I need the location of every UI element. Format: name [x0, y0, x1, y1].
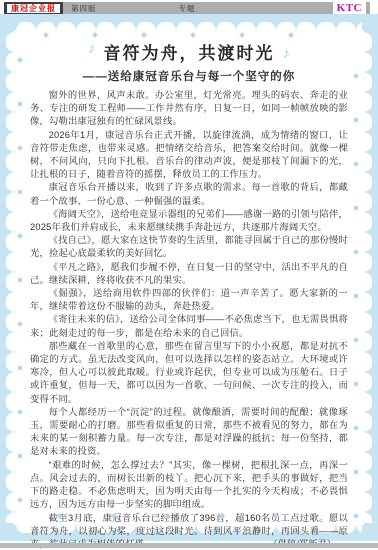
article-paragraph: 窗外的世界，风声未敢。办公室里，灯光常亮。埋头的码农、奔走的业务、专注的研发工程…	[30, 89, 348, 129]
article-paragraph: “艰难的时候，怎么撑过去？”其实，像一棵树，把根扎深一点，再深一点。风会过去的，…	[30, 459, 348, 512]
article-paragraph: 2026年1月，康冠音乐台正式开播，以旋律流淌，成为情绪的窗口，让音符带走焦虑，…	[30, 129, 348, 182]
footer-bar	[0, 543, 378, 548]
article-subtitle: ——送给康冠音乐台与每一个坚守的你	[30, 68, 348, 84]
masthead: 康冠企业报 第四版 专题 KTC	[4, 2, 370, 14]
music-note-icon: ♪	[283, 46, 291, 61]
article-paragraph: 康冠音乐台开播以来，收到了许多点歌的需求。每一首歌的背后，都藏着一个故事、一份心…	[30, 181, 348, 207]
article-paragraph: 《海阔天空》，送给电竞显示器组的兄弟们——感谢一路的引领与陪伴，2025年我们并…	[30, 208, 348, 234]
article-title: 音符为舟，共渡时光	[104, 39, 275, 64]
ktc-logo: KTC	[337, 2, 362, 14]
article-body: 窗外的世界，风声未敢。办公室里，灯光常亮。埋头的码农、奔走的业务、专注的研发工程…	[30, 89, 348, 550]
edition-label: 第四版	[71, 3, 97, 14]
article-title-row: ♪ 音符为舟，共渡时光 ♪	[30, 39, 348, 64]
paper-name-badge: 康冠企业报	[4, 2, 63, 14]
article-paragraph: 《倔强》，送给商用软件四部的伙伴们：道一声辛苦了。愿大家新的一年，继续带着这份不…	[30, 287, 348, 313]
article-content: ♪ 音符为舟，共渡时光 ♪ ——送给康冠音乐台与每一个坚守的你 窗外的世界，风声…	[14, 30, 364, 525]
ktc-logo-box: KTC	[333, 2, 366, 14]
music-note-icon: ♪	[88, 41, 96, 56]
article-paragraph: 《寄往未来的信》，送给公司全体同事——不必焦虑当下，也无需畏惧将来；此刻走过的每…	[30, 313, 348, 339]
section-label: 专题	[179, 3, 196, 14]
article-paragraph: 《平凡之路》，愿我们步履不停，在日复一日的坚守中，活出不平凡的自己。继续深耕，终…	[30, 261, 348, 287]
article-paragraph: 那些藏在一首歌里的心意，那些在留言里写下的小小祝愿，都是对抗不确定的方式。虽无法…	[30, 340, 348, 406]
newspaper-page: 康冠企业报 第四版 专题 KTC ♪ 音符为舟，共渡时光 ♪ ——送给康冠音乐台…	[0, 0, 378, 550]
article-paragraph: 《找自己》，愿大家在这快节奏的生活里，都能寻回属于自己的那份慢时光，捡起心底最柔…	[30, 234, 348, 260]
article-paragraph: 每个人都经历一个“沉淀”的过程。就像酿酒，需要时间的配酿；就像琢玉，需要耐心的打…	[30, 406, 348, 459]
article-card: ♪ 音符为舟，共渡时光 ♪ ——送给康冠音乐台与每一个坚守的你 窗外的世界，风声…	[14, 30, 364, 525]
paper-name: 康冠企业报	[11, 3, 56, 14]
